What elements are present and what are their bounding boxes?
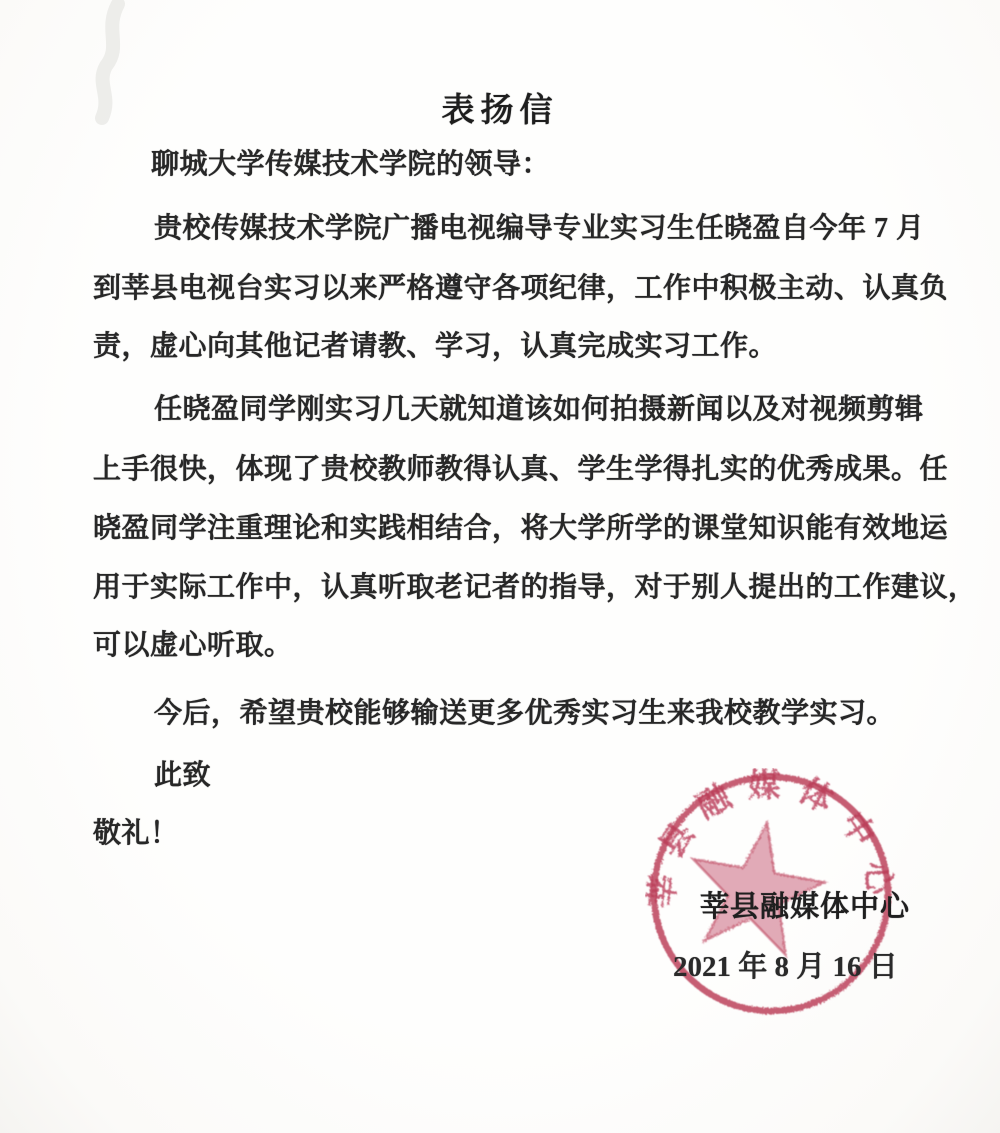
body-line: 贵校传媒技术学院广播电视编导专业实习生任晓盈自今年 7 月 (154, 212, 1000, 246)
signature-date: 2021 年 8 月 16 日 (673, 944, 898, 985)
body-line: 到莘县电视台实习以来严格遵守各项纪律，工作中积极主动、认真负 (93, 272, 953, 306)
body-line: 今后，希望贵校能够输送更多优秀实习生来我校教学实习。 (154, 697, 1000, 731)
closing-jingli: 敬礼！ (93, 817, 953, 851)
letter-title: 表扬信 (0, 84, 1000, 131)
scanned-letter-page: 表扬信 聊城大学传媒技术学院的领导： 贵校传媒技术学院广播电视编导专业实习生任晓… (0, 0, 1000, 1133)
body-line: 用于实际工作中，认真听取老记者的指导，对于别人提出的工作建议， (93, 571, 953, 605)
body-line: 晓盈同学注重理论和实践相结合，将大学所学的课堂知识能有效地运 (93, 512, 953, 546)
body-line: 可以虚心听取。 (93, 629, 953, 663)
body-line: 上手很快，体现了贵校教师教得认真、学生学得扎实的优秀成果。任 (93, 453, 953, 487)
body-line: 任晓盈同学刚实习几天就知道该如何拍摄新闻以及对视频剪辑 (154, 393, 1000, 427)
body-line: 责，虚心向其他记者请教、学习，认真完成实习工作。 (93, 330, 953, 364)
closing-cizhi: 此致 (154, 759, 1000, 793)
signature-org: 莘县融媒体中心 (700, 884, 910, 925)
salutation: 聊城大学传媒技术学院的领导： (151, 148, 1000, 182)
